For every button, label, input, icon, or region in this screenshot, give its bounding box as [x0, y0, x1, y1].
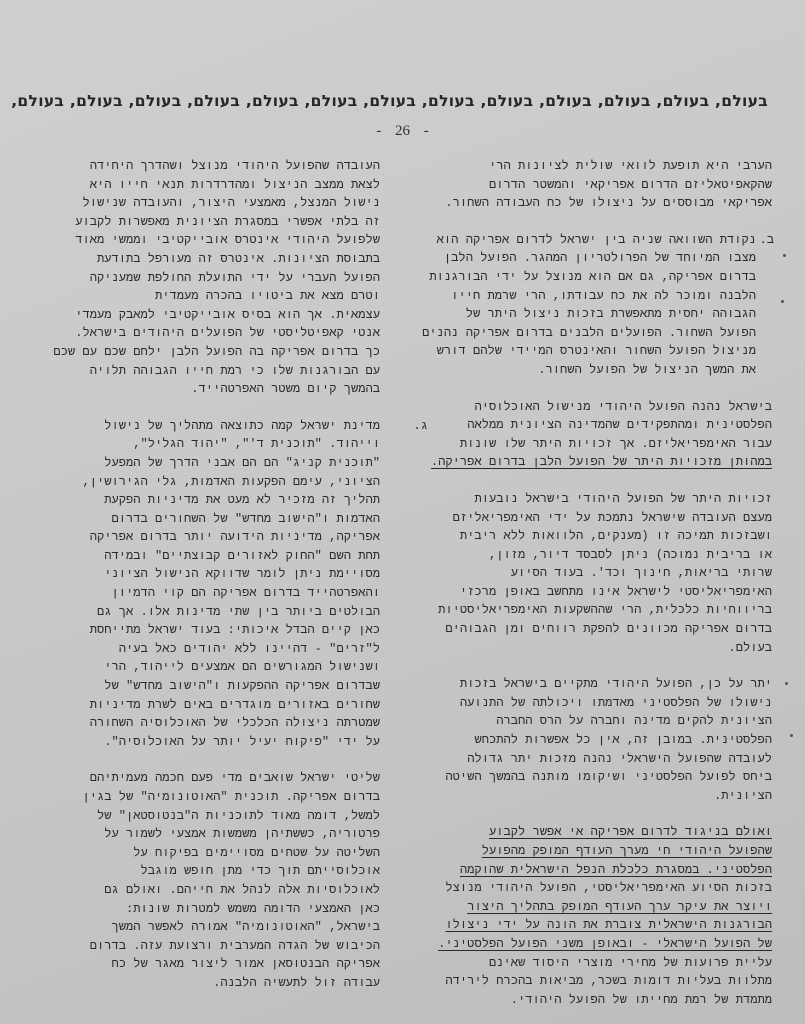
text-line: בהמשך קיום משטר האפרטהייד. [48, 380, 380, 399]
text-line: או בריבית נמוכה) ניתן לסבסד דיור, מזון, [437, 546, 772, 565]
text-line: בישראל נהנה הפועל היהודי מנישול האוכלוסי… [437, 398, 772, 417]
text-line: בריווחיות כלכלית, הרי שההשקעות האימפריאל… [437, 601, 772, 620]
text-line: ויוצר את עיקר ערך העודף המופק בתהליך היצ… [437, 898, 772, 917]
text-line: מניצול הפועל השחור והאינטרס המיידי שלהם … [437, 342, 756, 361]
text-line: בדרום אפריקה מכוונים להפקת רווחים ומן הג… [437, 620, 772, 639]
text-line: הציונית להקים מדינה וחברה על הרס החברה [437, 712, 772, 731]
text-line: בישראל, "האוטונומיה" אמורה לאפשר המשך [48, 918, 380, 937]
text-line: הבורגנות הישראלית צוברת את הונה על ידי נ… [437, 916, 772, 935]
text-line: זה בלתי אפשרי במסגרת הציונית מאפשרות לקב… [48, 213, 380, 232]
paragraph: נקודת השוואה שניה בין ישראל לדרום אפריקה… [437, 231, 772, 380]
text-line: לאוכלוסיות אלה לנהל את חייהם. ואולם גם [48, 881, 380, 900]
text-line: תחת השם "החוק לאזורים קבוצתיים" ובמידה [48, 547, 380, 566]
text-line: "תוכנית קניג" הם הם אבני הדרך של המפעל [48, 454, 380, 473]
text-line: ואולם בניגוד לדרום אפריקה אי אפשר לקבוע [437, 823, 772, 842]
speck [781, 300, 784, 303]
text-line: בדרום אפריקה, גם אם הוא מנוצל על ידי הבו… [437, 268, 756, 287]
paragraph: יתר על כן, הפועל היהודי מתקיים בישראל בז… [437, 675, 772, 805]
text-line: בזכות הסיוע האימפריאליסטי, הפועל היהודי … [437, 879, 772, 898]
text-line: נישולו של הפלסטיני מאדמתו ויכולתה של התנ… [437, 694, 772, 713]
text-line: כך בדרום אפריקה בה הפועל הלבן ילחם שכם ע… [48, 343, 380, 362]
text-line: וטרם מצא את ביטויו בהכרה מעמדית [48, 287, 380, 306]
text-line: במהותן מזכויות היתר של הפועל הלבן בדרום … [437, 453, 772, 472]
text-line: ושבזכות תמיכה זו (מענקים, הלוואות ללא רי… [437, 527, 772, 546]
page-number: - 26 - [0, 123, 805, 140]
text-line: העובדה שהפועל היהודי מנוצל ושהדרך היחידה [48, 157, 380, 176]
text-line: בתבוסת הציונות. אינטרס זה מעורפל בתודעת [48, 250, 380, 269]
text-line: כאן האמצעי הדומה משמש למטרות שונות: [48, 900, 380, 919]
text-line: הפועל העברי על ידי התועלת החולפת שמעניקה [48, 269, 380, 288]
text-line: אוכלוסייתם תוך כדי מתן חופש מוגבל [48, 862, 380, 881]
text-line: ביחס לפועל הפלסטיני ושיקומו מותנה בהמשך … [437, 768, 772, 787]
text-line: אפריקה, מדיניות הידועה יותר בדרום אפריקה [48, 528, 380, 547]
section-marker: ב. [759, 231, 774, 250]
text-line: האדמות ו"הישוב מחדש" של השחורים בדרום [48, 510, 380, 529]
text-line: שהפועל היהודי חי מערך העודף המופק מהפועל [437, 842, 772, 861]
text-line: וייהוד. "תוכנית ד'", "יהוד הגליל", [48, 435, 380, 454]
text-line: למשל, דומה מאוד לתוכניות ה"בנטוסטאן" של [48, 807, 380, 826]
text-line: על ידי "פיקוח יעיל יותר על האוכלוסיה". [48, 733, 380, 752]
text-line: ושנישול המגורשים הם אמצעים לייהוד, הרי [48, 658, 380, 677]
text-line: הבולטים ביותר בין שתי מדינות אלו. אך גם [48, 603, 380, 622]
text-line: הפועל השחור. הפועלים הלבנים בדרום אפריקה… [437, 324, 756, 343]
text-line: הציונית. [437, 787, 772, 806]
text-line: פרטוריה, כששתיהן משמשות אמצעי לשמור על [48, 825, 380, 844]
text-line: עבודה זול לתעשיה הלבנה. [48, 974, 380, 993]
speck [783, 254, 786, 257]
text-line: זכויות היתר של הפועל היהודי בישראל נובעו… [437, 490, 772, 509]
text-line: מתלוות בעליות דומות בשכר, מביאות בהכרח ל… [437, 972, 772, 991]
text-line: הכיבוש של הגדה המערבית ורצועת עזה. בדרום [48, 937, 380, 956]
text-line: האימפריאליסטי לישראל אינו מתחשב באופן מר… [437, 583, 772, 602]
text-line: את המשך הניצול של הפועל השחור. [437, 361, 756, 380]
text-line: לצאת ממצב הניצול ומהדרדרות תנאי חייו היא [48, 176, 380, 195]
text-line: נקודת השוואה שניה בין ישראל לדרום אפריקה… [437, 231, 756, 250]
text-line: יתר על כן, הפועל היהודי מתקיים בישראל בז… [437, 675, 772, 694]
text-line: והאפרטהייד בדרום אפריקה הם קוי הדמיון [48, 584, 380, 603]
text-line: בעולם. [437, 639, 772, 658]
text-line: שחורים באזורים מוגדרים באים לשרת מדיניות [48, 696, 380, 715]
text-line: עצמאית. אך הוא בסיס אובייקטיבי למאבק מעמ… [48, 306, 380, 325]
text-line: אפריקאי מבוססים על ניצולו של כח העבודה ה… [437, 194, 772, 213]
document-page: בעולם, בעולם, בעולם, בעולם, בעולם, בעולם… [0, 0, 805, 1024]
repeated-word-banner: בעולם, בעולם, בעולם, בעולם, בעולם, בעולם… [30, 92, 768, 110]
paragraph: הערבי היא תופעת לוואי שולית לציונות הריש… [437, 157, 772, 213]
text-line: בדרום אפריקה. תוכנית "האוטונומיה" של בגי… [48, 788, 380, 807]
speck [790, 734, 793, 737]
paragraph: זכויות היתר של הפועל היהודי בישראל נובעו… [437, 490, 772, 657]
text-line: הפלסטינית ומהתפקידים שהמדינה הציונית ממל… [437, 416, 772, 435]
text-line: הציוני, עימם הפקעות האדמות, גלי הגירושין… [48, 473, 380, 492]
section-marker: ג. [413, 417, 428, 436]
text-line: שהקאפיטאליזם הדרום אפריקאי והמשטר הדרום [437, 176, 772, 195]
text-line: שרותי בריאות, חינוך וכד'. בעוד הסיוע [437, 564, 772, 583]
text-line: מתמדת של רמת מחייתו של הפועל היהודי. [437, 991, 772, 1010]
text-line: לעובדה שהפועל הישראלי נהנה מזכות יתר גדו… [437, 750, 772, 769]
text-line: כאן קיים הבדל איכותי: בעוד ישראל מתייחסת [48, 621, 380, 640]
text-line: שלפועל היהודי אינטרס אובייקטיבי וממשי מא… [48, 231, 380, 250]
text-line: הערבי היא תופעת לוואי שולית לציונות הרי [437, 157, 772, 176]
speck [785, 682, 788, 685]
text-line: של הפועל הישראלי - ובאופן משני הפועל הפל… [437, 935, 772, 954]
paragraph: העובדה שהפועל היהודי מנוצל ושהדרך היחידה… [48, 157, 380, 399]
text-line: הגבוהה יחסית מתאפשרת בזכות ניצול היתר של [437, 305, 756, 324]
text-line: עם הבורגנות שלו כי רמת חייו הגבוהה תלויה [48, 362, 380, 381]
text-line: הפלסטינית. במובן זה, אין כל אפשרות להתכח… [437, 731, 772, 750]
text-line: עבור האימפריאליזם. אך זכויות היתר שלו שו… [437, 435, 772, 454]
text-line: ל"זרים" - דהיינו ללא יהודים כאל בעיה [48, 640, 380, 659]
paragraph: שליטי ישראל שואבים מדי פעם חכמה מעמיתיהם… [48, 769, 380, 992]
text-line: נישול המנצל, מאמצעי היצור, והעובדה שנישו… [48, 194, 380, 213]
text-line: שמטרתה ניצולה הכלכלי של האוכלוסיה השחורה [48, 714, 380, 733]
text-line: השליטה על שטחים מסויימים בפיקוח על [48, 844, 380, 863]
text-line: מצבו המיוחד של הפרולטריון המהגר. הפועל ה… [437, 249, 756, 268]
text-line: שבדרום אפריקה ההפקעות ו"הישוב מחדש" של [48, 677, 380, 696]
section-g: ג. מדינת ישראל קמה כתוצאה מתהליך של נישו… [48, 417, 380, 752]
text-line: מסויימת ניתן לומר שדווקא הנישול הציוני [48, 565, 380, 584]
text-line: הפלסטיני. במסגרת כלכלת הנפל הישראלית שהו… [437, 861, 772, 880]
left-column: העובדה שהפועל היהודי מנוצל ושהדרך היחידה… [48, 157, 380, 1011]
paragraph: מדינת ישראל קמה כתוצאה מתהליך של נישולוי… [48, 417, 380, 752]
text-line: אפריקה הבנטוסאן אמור ליצור מאגר של כח [48, 955, 380, 974]
text-line: תהליך זה מזכיר לא מעט את מדיניות הפקעת [48, 491, 380, 510]
paragraph: בישראל נהנה הפועל היהודי מנישול האוכלוסי… [437, 398, 772, 472]
text-line: שליטי ישראל שואבים מדי פעם חכמה מעמיתיהם [48, 769, 380, 788]
text-line: מעצם העובדה שישראל נתמכת על ידי האימפריא… [437, 509, 772, 528]
text-line: מדינת ישראל קמה כתוצאה מתהליך של נישול [48, 417, 380, 436]
text-line: עליית פרועות של מחירי מוצרי היסוד שאינם [437, 954, 772, 973]
text-line: אנטי קאפיטליסטי של הפועלים היהודים בישרא… [48, 324, 380, 343]
section-b: ב. נקודת השוואה שניה בין ישראל לדרום אפר… [437, 231, 772, 380]
paragraph: ואולם בניגוד לדרום אפריקה אי אפשר לקבועש… [437, 823, 772, 1009]
right-column: הערבי היא תופעת לוואי שולית לציונות הריש… [437, 157, 772, 1024]
text-line: הלבנה ומוכר לה את כח עבודתו, הרי שרמת חי… [437, 287, 756, 306]
